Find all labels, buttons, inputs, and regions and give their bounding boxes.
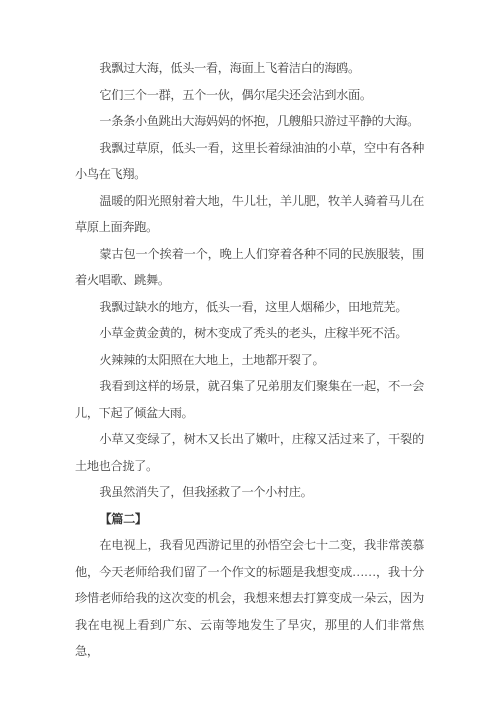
section-heading: 【篇二】 <box>75 506 424 533</box>
paragraph: 我飘过缺水的地方，低头一看，这里人烟稀少，田地荒芜。 <box>75 294 424 321</box>
paragraph: 小草金黄金黄的，树木变成了秃头的老头，庄稼半死不活。 <box>75 320 424 347</box>
paragraph: 在电视上，我看见西游记里的孙悟空会七十二变，我非常羡慕他，今天老师给我们留了一个… <box>75 532 424 665</box>
paragraph: 火辣辣的太阳照在大地上，土地都开裂了。 <box>75 347 424 374</box>
paragraph: 我飘过大海，低头一看，海面上飞着洁白的海鸥。 <box>75 55 424 82</box>
paragraph: 小草又变绿了，树木又长出了嫩叶，庄稼又活过来了，干裂的土地也合拢了。 <box>75 426 424 479</box>
paragraph: 我看到这样的场景，就召集了兄弟朋友们聚集在一起，不一会儿，下起了倾盆大雨。 <box>75 373 424 426</box>
paragraph: 一条条小鱼跳出大海妈妈的怀抱，几艘船只游过平静的大海。 <box>75 108 424 135</box>
document-body: 我飘过大海，低头一看，海面上飞着洁白的海鸥。它们三个一群，五个一伙，偶尔尾尖还会… <box>75 55 424 665</box>
paragraph: 我飘过草原，低头一看，这里长着绿油油的小草，空中有各种小鸟在飞翔。 <box>75 135 424 188</box>
paragraph: 我虽然消失了，但我拯救了一个小村庄。 <box>75 479 424 506</box>
document-page: 我飘过大海，低头一看，海面上飞着洁白的海鸥。它们三个一群，五个一伙，偶尔尾尖还会… <box>0 0 500 707</box>
paragraph: 蒙古包一个挨着一个，晚上人们穿着各种不同的民族服装，围着火唱歌、跳舞。 <box>75 241 424 294</box>
paragraph: 温暖的阳光照射着大地，牛儿壮，羊儿肥，牧羊人骑着马儿在草原上面奔跑。 <box>75 188 424 241</box>
paragraph: 它们三个一群，五个一伙，偶尔尾尖还会沾到水面。 <box>75 82 424 109</box>
